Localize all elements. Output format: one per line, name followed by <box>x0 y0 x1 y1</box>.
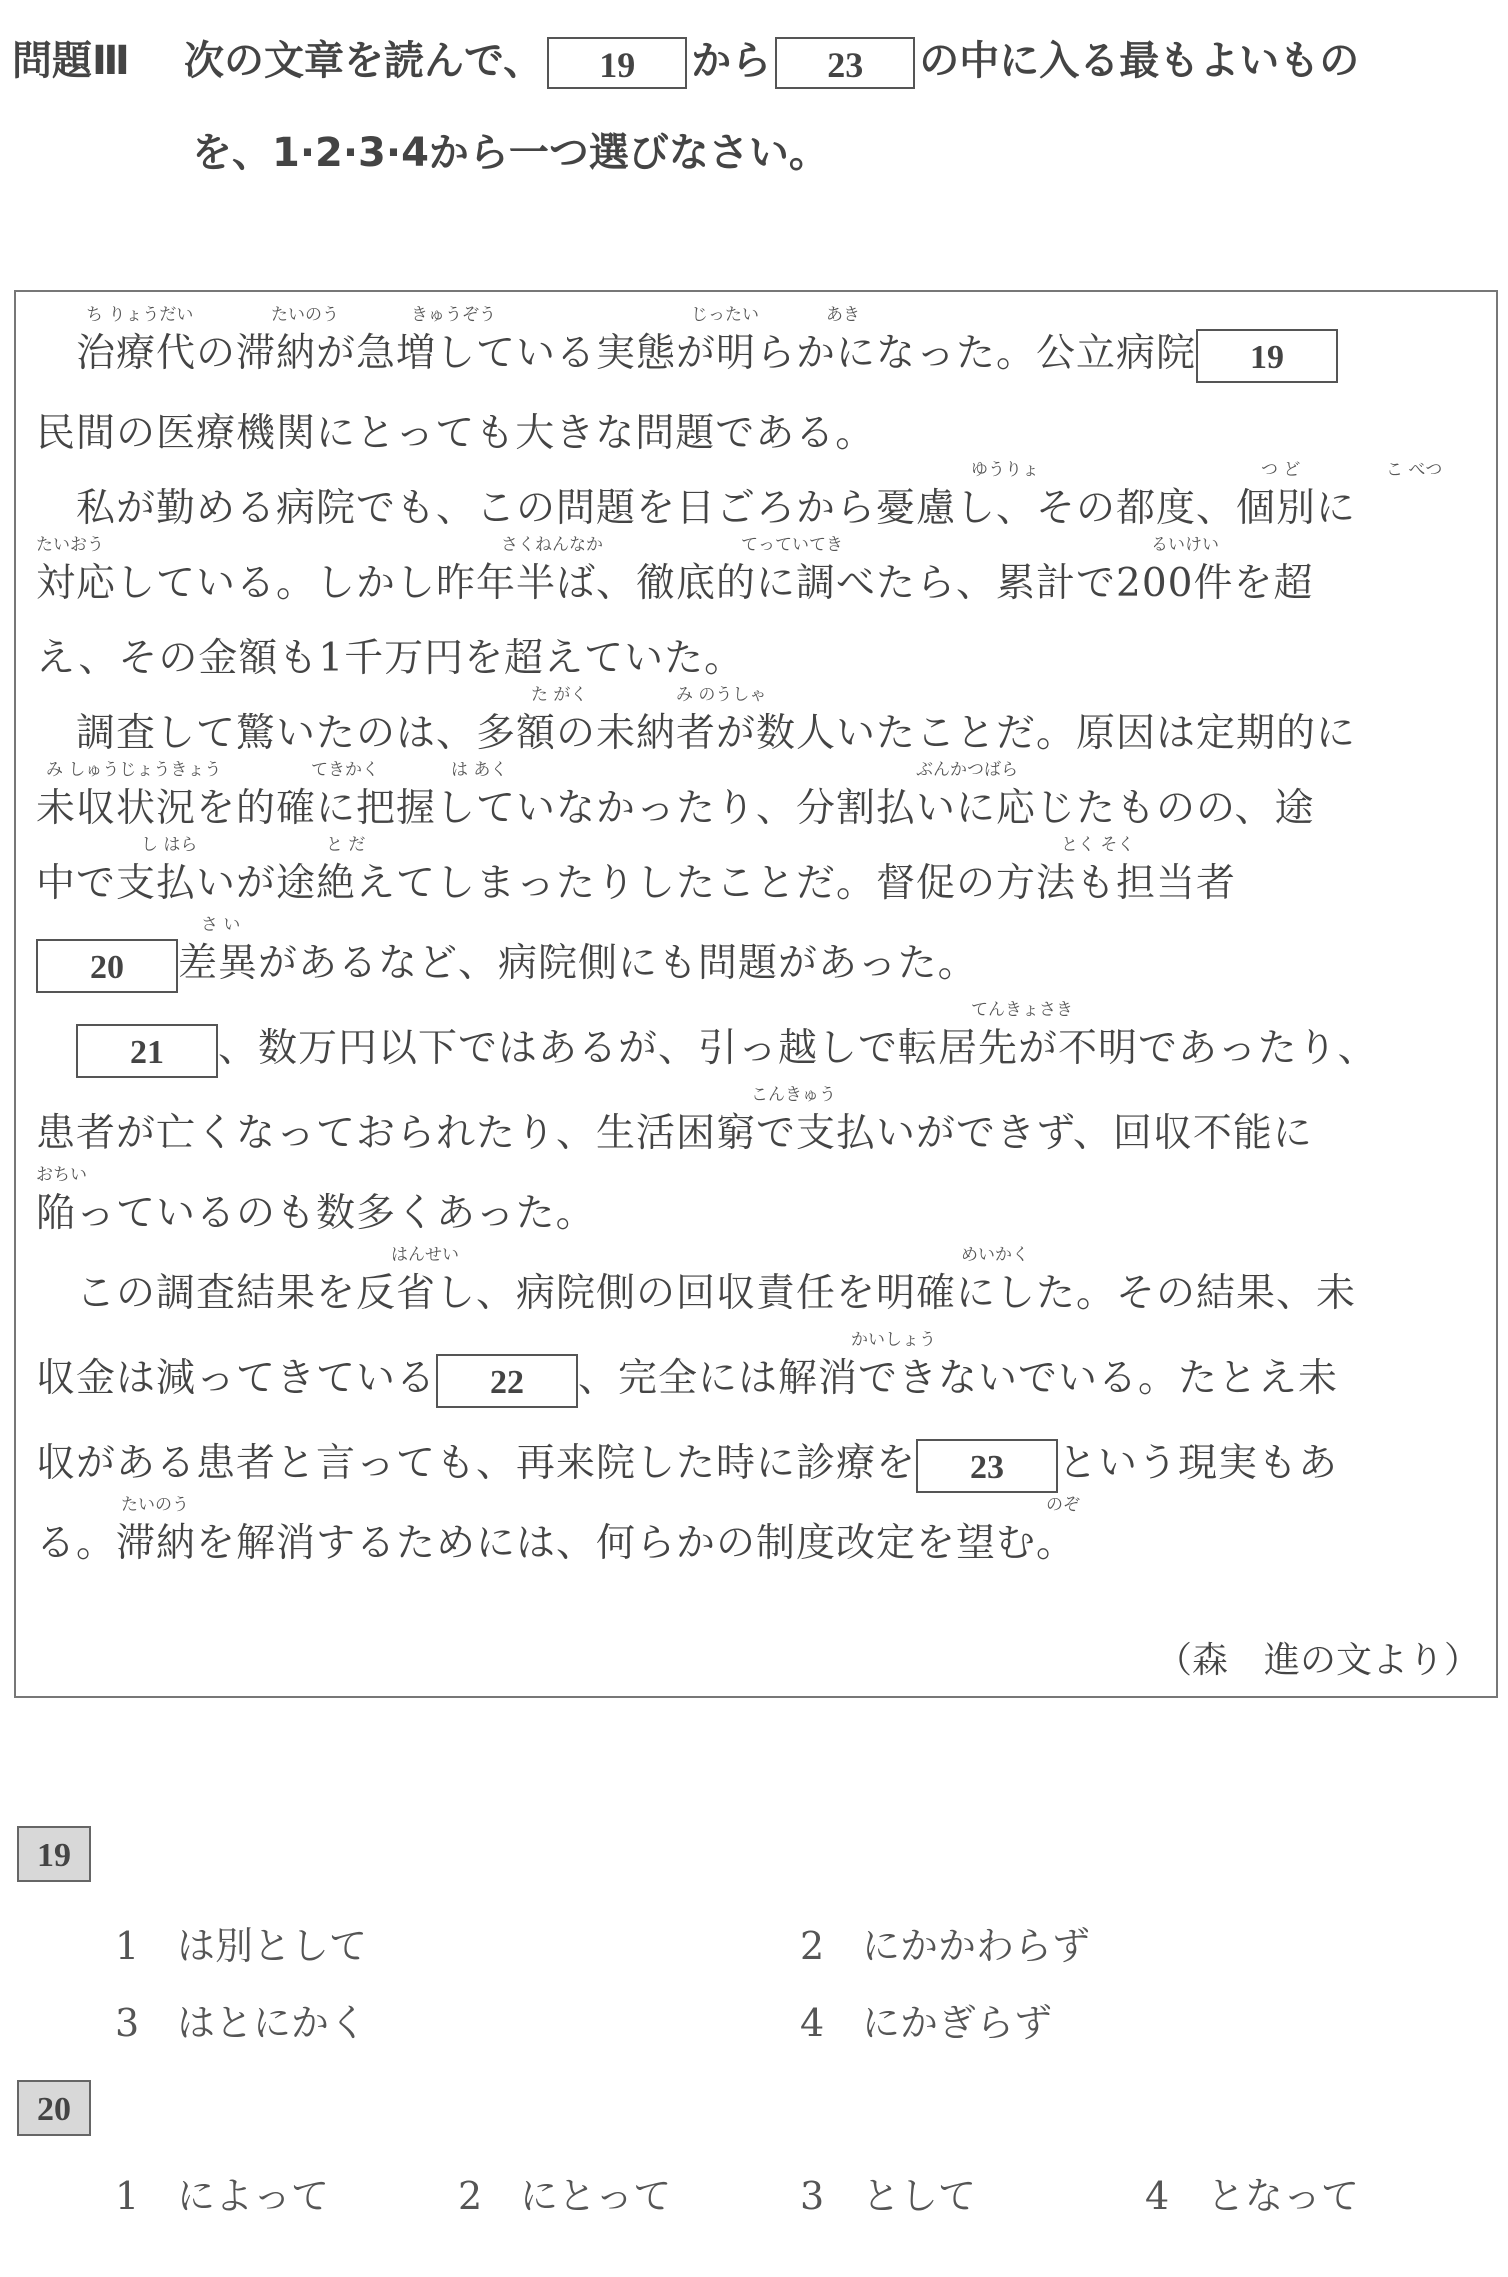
choice-number: 4 <box>800 2001 862 2045</box>
q19-choice-2[interactable]: 2にかかわらず <box>800 1915 1090 1970</box>
q19-choice-4[interactable]: 4にかぎらず <box>800 1992 1052 2047</box>
choice-number: 1 <box>115 1924 177 1968</box>
furigana: おちい <box>36 1160 87 1185</box>
passage-line: 調査して驚いたのは、多額の未納者が数人いたことだ。原因は定期的に <box>36 702 1356 758</box>
choice-number: 2 <box>458 2174 520 2218</box>
choice-text: は別として <box>177 1924 367 1968</box>
q20-choice-1[interactable]: 1によって <box>115 2165 329 2220</box>
passage-text: え、その金額も1千万円を超えていた。 <box>36 636 744 681</box>
furigana: とく そく <box>1061 830 1134 855</box>
choice-text: によって <box>177 2174 329 2218</box>
passage-text: 差異があるなど、病院側にも問題があった。 <box>178 941 978 986</box>
passage-line: 中で支払いが途絶えてしまったりしたことだ。督促の方法も担当者 <box>36 852 1236 908</box>
furigana: きゅうぞう <box>411 300 496 325</box>
furigana: はんせい <box>391 1240 459 1265</box>
furigana: てんきょさき <box>971 995 1073 1020</box>
choice-number: 3 <box>800 2174 862 2218</box>
furigana: こんきゅう <box>751 1080 836 1105</box>
passage-line: 私が勤める病院でも、この問題を日ごろから憂慮し、その都度、個別に <box>36 477 1356 533</box>
choice-text: にかかわらず <box>862 1924 1090 1968</box>
furigana: じったい <box>691 300 759 325</box>
furigana: あき <box>826 300 860 325</box>
passage-line: 20差異があるなど、病院側にも問題があった。 <box>36 932 978 993</box>
q20-choice-4[interactable]: 4となって <box>1145 2165 1359 2220</box>
furigana: たいおう <box>36 530 104 555</box>
furigana: たいのう <box>121 1490 189 1515</box>
answer-blank-19: 19 <box>1196 329 1338 383</box>
passage-text: 私が勤める病院でも、この問題を日ごろから憂慮し、その都度、個別に <box>36 486 1356 531</box>
furigana: たいのう <box>271 300 339 325</box>
passage-text: る。滞納を解消するためには、何らかの制度改定を望む。 <box>36 1521 1076 1566</box>
range-end-box: 23 <box>775 37 915 89</box>
choice-text: として <box>862 2174 976 2218</box>
range-start-box: 19 <box>547 37 687 89</box>
furigana: み しゅうじょうきょう <box>46 755 221 780</box>
furigana: てきかく <box>311 755 379 780</box>
furigana: ゆうりょ <box>971 455 1039 480</box>
furigana: さ い <box>201 910 240 935</box>
answer-blank-22: 22 <box>436 1354 578 1408</box>
furigana: こ べつ <box>1386 455 1442 480</box>
answer-blank-21: 21 <box>76 1024 218 1078</box>
passage-text: という現実もあ <box>1058 1441 1338 1486</box>
instruction-text-before: 次の文章を読んで、 <box>184 38 543 84</box>
furigana: ち りょうだい <box>86 300 193 325</box>
passage-text: 収がある患者と言っても、再来院した時に診療を <box>36 1441 916 1486</box>
question-19-label: 19 <box>17 1826 91 1882</box>
instruction-text-after: の中に入る最もよいもの <box>919 38 1359 84</box>
choice-number: 2 <box>800 1924 862 1968</box>
furigana: るいけい <box>1151 530 1219 555</box>
passage-line: 対応している。しかし昨年半ば、徹底的に調べたら、累計で200件を超 <box>36 552 1313 608</box>
passage-text: 対応している。しかし昨年半ば、徹底的に調べたら、累計で200件を超 <box>36 561 1313 606</box>
question-20-label: 20 <box>17 2080 91 2136</box>
instruction-line-2: を、1·2·3·4から一つ選びなさい。 <box>192 122 829 184</box>
choice-number: 3 <box>115 2001 177 2045</box>
choice-text: にかぎらず <box>862 2001 1052 2045</box>
furigana: めいかく <box>961 1240 1029 1265</box>
passage-text: 収金は減ってきている <box>36 1356 436 1401</box>
answer-blank-20: 20 <box>36 939 178 993</box>
passage-text: 中で支払いが途絶えてしまったりしたことだ。督促の方法も担当者 <box>36 861 1236 906</box>
passage-text: 治療代の滞納が急増している実態が明らかになった。公立病院 <box>36 331 1196 376</box>
passage-line: この調査結果を反省し、病院側の回収責任を明確にした。その結果、未 <box>36 1262 1356 1318</box>
furigana: つ ど <box>1261 455 1300 480</box>
passage-text <box>36 1026 76 1071</box>
passage-source: （森 進の文より） <box>1156 1632 1480 1683</box>
instruction-line-1: 問題Ⅲ次の文章を読んで、19から23の中に入る最もよいもの <box>12 30 1359 92</box>
choice-number: 4 <box>1145 2174 1207 2218</box>
passage-line: え、その金額も1千万円を超えていた。 <box>36 627 744 683</box>
furigana: かいしょう <box>851 1325 936 1350</box>
passage-text: 患者が亡くなっておられたり、生活困窮で支払いができず、回収不能に <box>36 1111 1313 1156</box>
passage-line: 未収状況を的確に把握していなかったり、分割払いに応じたものの、途 <box>36 777 1314 833</box>
choice-text: はとにかく <box>177 2001 367 2045</box>
choice-number: 1 <box>115 2174 177 2218</box>
passage-text: 、完全には解消できないでいる。たとえ未 <box>578 1356 1338 1401</box>
passage-line: 患者が亡くなっておられたり、生活困窮で支払いができず、回収不能に <box>36 1102 1313 1158</box>
q20-choice-2[interactable]: 2にとって <box>458 2165 671 2220</box>
furigana: し はら <box>141 830 197 855</box>
choice-text: にとって <box>520 2174 671 2218</box>
furigana: ぶんかつばら <box>916 755 1018 780</box>
passage-line: 収がある患者と言っても、再来院した時に診療を23という現実もあ <box>36 1432 1338 1493</box>
passage-text: 、数万円以下ではあるが、引っ越しで転居先が不明であったり、 <box>218 1026 1378 1071</box>
passage-text: 民間の医療機関にとっても大きな問題である。 <box>36 411 875 456</box>
passage-text: 調査して驚いたのは、多額の未納者が数人いたことだ。原因は定期的に <box>36 711 1356 756</box>
passage-text: 未収状況を的確に把握していなかったり、分割払いに応じたものの、途 <box>36 786 1314 831</box>
q19-choice-1[interactable]: 1は別として <box>115 1915 367 1970</box>
furigana: み のうしゃ <box>676 680 766 705</box>
furigana: た がく <box>531 680 587 705</box>
furigana: てっていてき <box>741 530 843 555</box>
passage-line: 21、数万円以下ではあるが、引っ越しで転居先が不明であったり、 <box>36 1017 1378 1078</box>
passage-line: る。滞納を解消するためには、何らかの制度改定を望む。 <box>36 1512 1076 1568</box>
passage-line: 民間の医療機関にとっても大きな問題である。 <box>36 402 875 458</box>
furigana: と だ <box>326 830 365 855</box>
reading-passage: 治療代の滞納が急増している実態が明らかになった。公立病院19民間の医療機関にとっ… <box>14 290 1498 1698</box>
q19-choice-3[interactable]: 3はとにかく <box>115 1992 367 2047</box>
passage-line: 治療代の滞納が急増している実態が明らかになった。公立病院19 <box>36 322 1338 383</box>
instruction-text-middle: から <box>691 38 771 84</box>
furigana: は あく <box>451 755 507 780</box>
furigana: さくねんなか <box>501 530 603 555</box>
passage-text: この調査結果を反省し、病院側の回収責任を明確にした。その結果、未 <box>36 1271 1356 1316</box>
problem-label: 問題Ⅲ <box>12 30 184 92</box>
answer-blank-23: 23 <box>916 1439 1058 1493</box>
choice-text: となって <box>1207 2174 1359 2218</box>
q20-choice-3[interactable]: 3として <box>800 2165 976 2220</box>
furigana: のぞ <box>1046 1490 1080 1515</box>
passage-text: 陥っているのも数多くあった。 <box>36 1191 596 1236</box>
passage-line: 収金は減ってきている22、完全には解消できないでいる。たとえ未 <box>36 1347 1338 1408</box>
passage-line: 陥っているのも数多くあった。 <box>36 1182 596 1238</box>
